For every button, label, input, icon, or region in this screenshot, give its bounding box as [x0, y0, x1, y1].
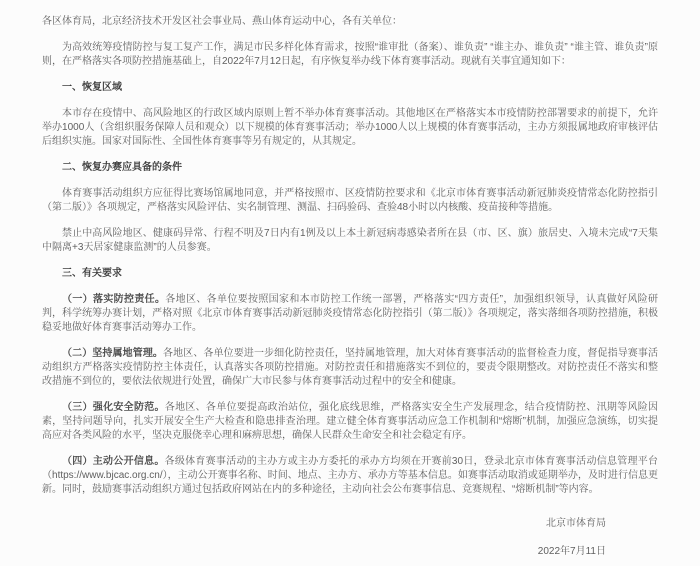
requirement-item-4: （四）主动公开信息。各级体育赛事活动的主办方或主办方委托的承办方均须在开赛前30…	[42, 455, 658, 497]
requirement-item-2-lead: （二）坚持属地管理。	[62, 348, 163, 359]
intro-paragraph: 为高效统筹疫情防控与复工复产工作，满足市民多样化体育需求，按照“谁审批（备案）、…	[42, 41, 658, 69]
section-2-heading: 二、恢复办赛应具备的条件	[42, 161, 658, 175]
section-2-paragraph-1: 体育赛事活动组织方应征得比赛场馆属地同意，并严格按照市、区疫情防控要求和《北京市…	[42, 187, 658, 215]
requirement-item-1-lead: （一）落实防控责任。	[62, 294, 165, 305]
section-2-paragraph-2: 禁止中高风险地区、健康码异常、行程不明及7日内有1例及以上本土新冠病毒感染者所在…	[42, 227, 658, 255]
issue-date: 2022年7月11日	[42, 545, 606, 559]
salutation: 各区体育局，北京经济技术开发区社会事业局、燕山体育运动中心，各有关单位：	[42, 15, 658, 29]
signature-block: 北京市体育局 2022年7月11日	[42, 517, 658, 559]
notice-document: 各区体育局，北京经济技术开发区社会事业局、燕山体育运动中心，各有关单位： 为高效…	[0, 0, 700, 566]
section-1-heading: 一、恢复区域	[42, 81, 658, 95]
requirement-item-1: （一）落实防控责任。各地区、各单位要按照国家和本市防控工作统一部署，严格落实“四…	[42, 293, 658, 335]
requirement-item-3-lead: （三）强化安全防范。	[62, 402, 165, 413]
requirement-item-4-lead: （四）主动公开信息。	[62, 456, 165, 467]
requirement-item-2: （二）坚持属地管理。各地区、各单位要进一步细化防控责任，坚持属地管理，加大对体育…	[42, 347, 658, 389]
section-1-paragraph: 本市存在疫情中、高风险地区的行政区域内原则上暂不举办体育赛事活动。其他地区在严格…	[42, 107, 658, 149]
issuing-authority: 北京市体育局	[42, 517, 606, 531]
section-3-heading: 三、有关要求	[42, 267, 658, 281]
requirement-item-3: （三）强化安全防范。各地区、各单位要提高政治站位，强化底线思维，严格落实安全生产…	[42, 401, 658, 443]
